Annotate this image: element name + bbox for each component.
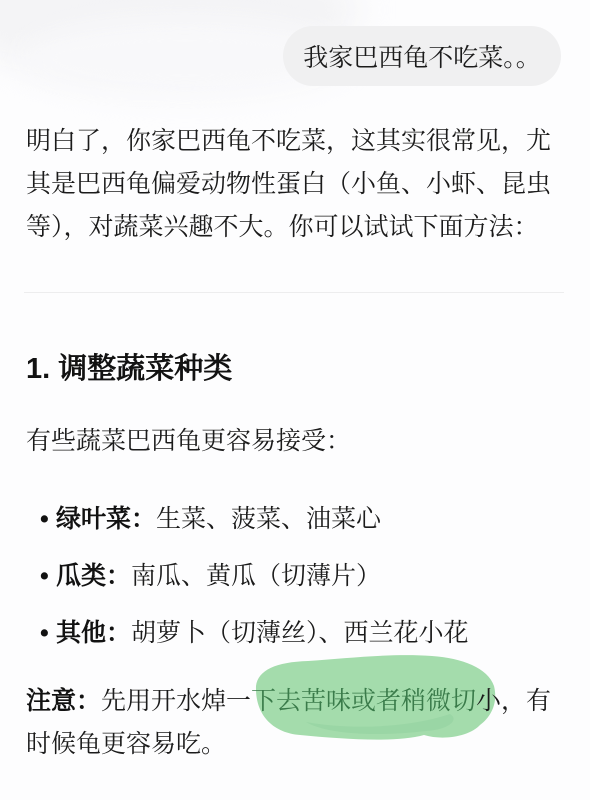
section-divider xyxy=(24,292,564,293)
note-line-1: 注意：先用开水焯一下去苦味或者稍微切小，有 xyxy=(26,680,551,723)
bullet-dot: • xyxy=(40,612,56,655)
list-item: •瓜类：南瓜、黄瓜（切薄片） xyxy=(26,555,469,598)
user-message-text: 我家巴西龟不吃菜。。 xyxy=(303,38,541,74)
list-item-label: 瓜类： xyxy=(56,562,131,590)
section-heading: 1. 调整蔬菜种类 xyxy=(26,350,232,388)
list-item-label: 绿叶菜： xyxy=(56,505,156,533)
bullet-dot: • xyxy=(40,555,56,598)
list-item: •绿叶菜：生菜、菠菜、油菜心 xyxy=(26,498,469,541)
vegetable-suggestion-list: •绿叶菜：生菜、菠菜、油菜心 •瓜类：南瓜、黄瓜（切薄片） •其他：胡萝卜（切薄… xyxy=(26,498,469,669)
bullet-dot: • xyxy=(40,498,56,541)
list-item-label: 其他： xyxy=(56,619,131,647)
note-text-before-highlight: 先用开水焯一 xyxy=(101,687,251,715)
list-item: •其他：胡萝卜（切薄丝）、西兰花小花 xyxy=(26,612,469,655)
list-item-text: 生菜、菠菜、油菜心 xyxy=(156,505,381,533)
user-message-bubble: 我家巴西龟不吃菜。。 xyxy=(283,26,561,86)
section-intro-text: 有些蔬菜巴西龟更容易接受： xyxy=(26,420,351,463)
chat-screen: 我家巴西龟不吃菜。。 明白了，你家巴西龟不吃菜，这其实很常见，尤 其是巴西龟偏爱… xyxy=(0,0,590,800)
list-item-text: 胡萝卜（切薄丝）、西兰花小花 xyxy=(131,619,469,647)
note-text-after-highlight: 小，有 xyxy=(476,687,551,715)
note-highlighted-text: 下去苦味或者稍微切 xyxy=(251,687,476,715)
note-label: 注意： xyxy=(26,687,101,715)
note-line-2: 时候龟更容易吃。 xyxy=(26,723,226,766)
list-item-text: 南瓜、黄瓜（切薄片） xyxy=(131,562,381,590)
assistant-intro-paragraph: 明白了，你家巴西龟不吃菜，这其实很常见，尤 其是巴西龟偏爱动物性蛋白（小鱼、小虾… xyxy=(26,120,551,249)
